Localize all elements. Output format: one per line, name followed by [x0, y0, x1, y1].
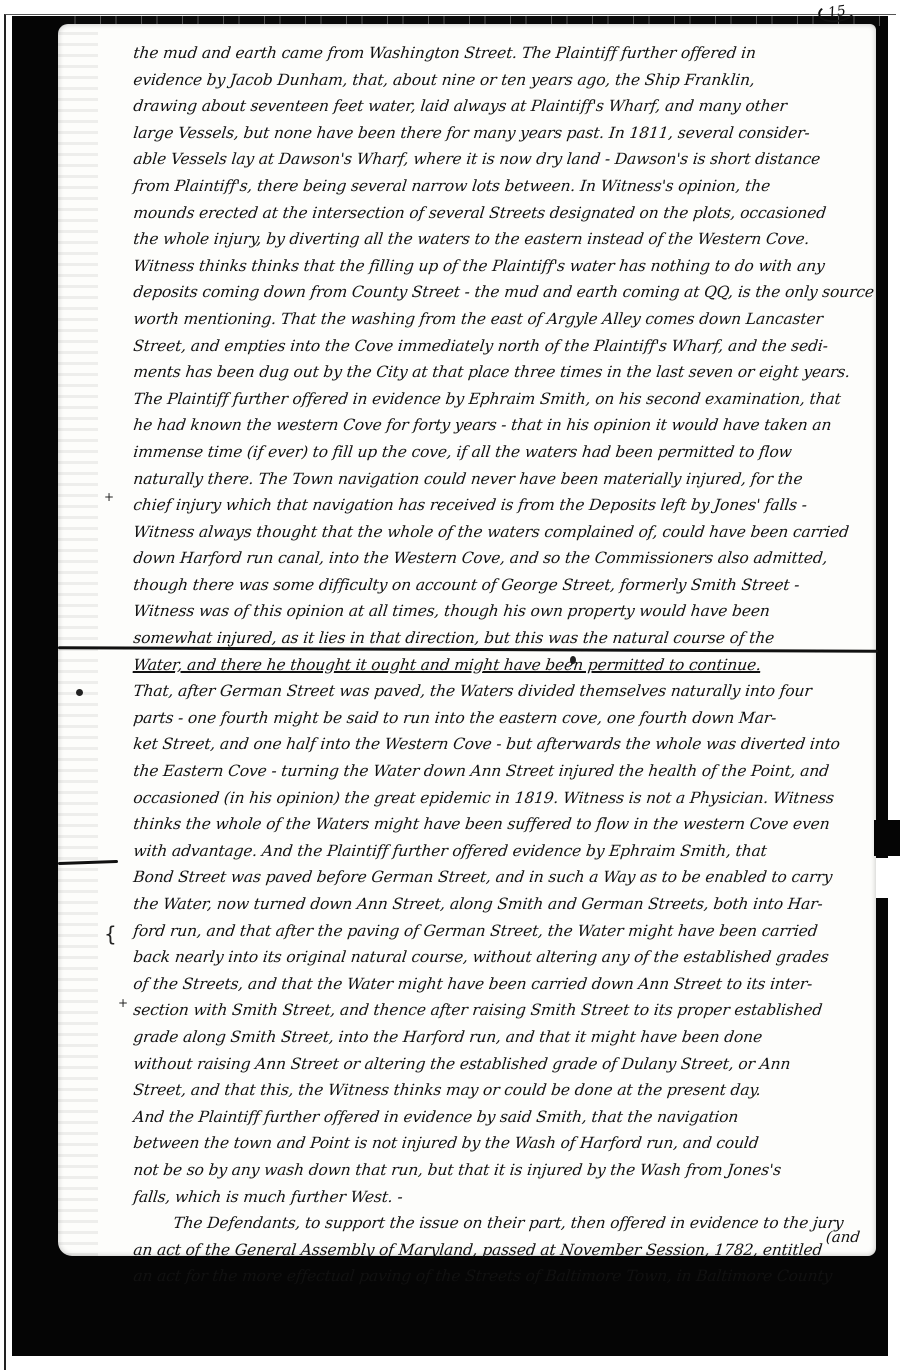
ink-blot: [76, 689, 83, 696]
text-line: the Eastern Cove - turning the Water dow…: [132, 758, 875, 785]
scan-edge-shadow: [874, 820, 900, 856]
manuscript-text: the mud and earth came from Washington S…: [132, 40, 872, 1290]
margin-mark: +: [118, 996, 128, 1010]
text-line: And the Plaintiff further offered in evi…: [132, 1104, 875, 1131]
margin-mark: {: [104, 922, 117, 946]
text-line: Water, and there he thought it ought and…: [132, 652, 875, 679]
text-line: naturally there. The Town navigation cou…: [132, 466, 875, 493]
text-line: worth mentioning. That the washing from …: [132, 306, 875, 333]
text-line: the whole injury, by diverting all the w…: [132, 226, 875, 253]
text-line: Street, and empties into the Cove immedi…: [132, 333, 875, 360]
text-line: ments has been dug out by the City at th…: [132, 359, 875, 386]
text-line: grade along Smith Street, into the Harfo…: [132, 1024, 875, 1051]
margin-mark: +: [104, 490, 114, 504]
text-line: of the Streets, and that the Water might…: [132, 971, 875, 998]
text-line: section with Smith Street, and thence af…: [132, 997, 875, 1024]
text-line: occasioned (in his opinion) the great ep…: [132, 785, 875, 812]
text-line: immense time (if ever) to fill up the co…: [132, 439, 875, 466]
text-line: able Vessels lay at Dawson's Wharf, wher…: [132, 146, 875, 173]
text-line: an act of the General Assembly of Maryla…: [132, 1237, 875, 1264]
text-line: falls, which is much further West. -: [132, 1184, 875, 1211]
text-line: from Plaintiff's, there being several na…: [132, 173, 875, 200]
text-line: not be so by any wash down that run, but…: [132, 1157, 875, 1184]
text-line: large Vessels, but none have been there …: [132, 120, 875, 147]
text-line: That, after German Street was paved, the…: [132, 678, 875, 705]
text-line: without raising Ann Street or altering t…: [132, 1051, 875, 1078]
text-line: drawing about seventeen feet water, laid…: [132, 93, 875, 120]
text-line: ford run, and that after the paving of G…: [132, 918, 875, 945]
text-line: mounds erected at the intersection of se…: [132, 200, 875, 227]
text-line: the Water, now turned down Ann Street, a…: [132, 891, 875, 918]
text-line: Street, and that this, the Witness think…: [132, 1077, 875, 1104]
text-line: evidence by Jacob Dunham, that, about ni…: [132, 67, 875, 94]
catchword: (and: [825, 1228, 861, 1246]
text-line: he had known the western Cove for forty …: [132, 412, 875, 439]
scan-edge-gap: [876, 858, 896, 898]
text-line: back nearly into its original natural co…: [132, 944, 875, 971]
text-line: The Plaintiff further offered in evidenc…: [132, 386, 875, 413]
text-line: Bond Street was paved before German Stre…: [132, 864, 875, 891]
text-line: somewhat injured, as it lies in that dir…: [132, 625, 875, 652]
text-line: The Defendants, to support the issue on …: [132, 1210, 875, 1237]
text-line: between the town and Point is not injure…: [132, 1130, 875, 1157]
text-line: Witness thinks thinks that the filling u…: [132, 253, 875, 280]
text-line: though there was some difficulty on acco…: [132, 572, 875, 599]
text-line: with advantage. And the Plaintiff furthe…: [132, 838, 875, 865]
text-line: ket Street, and one half into the Wester…: [132, 731, 875, 758]
text-line: Witness always thought that the whole of…: [132, 519, 875, 546]
text-line: an act for the more effectual paving of …: [132, 1263, 875, 1290]
text-line: the mud and earth came from Washington S…: [132, 40, 875, 67]
text-line: parts - one fourth might be said to run …: [132, 705, 875, 732]
text-line: down Harford run canal, into the Western…: [132, 545, 875, 572]
text-line: deposits coming down from County Street …: [132, 279, 875, 306]
text-line: thinks the whole of the Waters might hav…: [132, 811, 875, 838]
text-line: Witness was of this opinion at all times…: [132, 598, 875, 625]
text-line: chief injury which that navigation has r…: [132, 492, 875, 519]
